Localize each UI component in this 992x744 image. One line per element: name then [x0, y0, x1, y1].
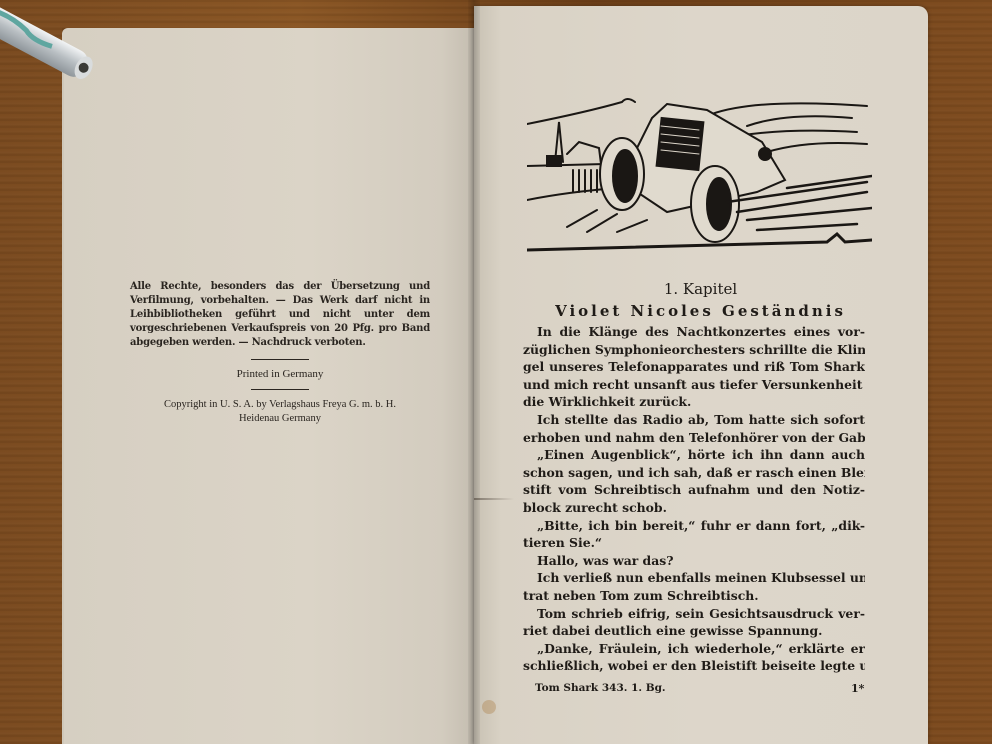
- text-line: „Bitte, ich bin bereit,“ fuhr er dann fo…: [523, 517, 865, 535]
- paper-stain: [482, 700, 496, 714]
- text-line: gel unseres Telefonapparates und riß Tom…: [523, 358, 865, 376]
- text-line: erhoben und nahm den Telefonhörer von de…: [523, 429, 865, 447]
- chapter-body-text: In die Klänge des Nachtkonzertes eines v…: [523, 323, 865, 675]
- copyright-line-2: Heidenau Germany: [130, 412, 430, 426]
- imprint-block: Alle Rechte, besonders das der Übersetzu…: [130, 280, 430, 426]
- text-line: Ich verließ nun ebenfalls meinen Klubses…: [523, 569, 865, 587]
- racing-car-illustration: [527, 92, 872, 254]
- text-line: züglichen Symphonieorchesters schrillte …: [523, 341, 865, 359]
- book-gutter: [468, 0, 480, 744]
- chapter-number: 1. Kapitel: [528, 280, 873, 298]
- chapter-title: Violet Nicoles Geständnis: [528, 302, 873, 320]
- sheet-mark: 1*: [851, 682, 864, 695]
- text-line: In die Klänge des Nachtkonzertes eines v…: [523, 323, 865, 341]
- text-line: Ich stellte das Radio ab, Tom hatte sich…: [523, 411, 865, 429]
- text-line: „Einen Augenblick“, hörte ich ihn dann a…: [523, 446, 865, 464]
- text-line: die Wirklichkeit zurück.: [523, 393, 865, 411]
- text-line: schließlich, wobei er den Bleistift beis…: [523, 657, 865, 675]
- page-tear: [474, 498, 514, 500]
- text-line: trat neben Tom zum Schreibtisch.: [523, 587, 865, 605]
- printed-in-germany: Printed in Germany: [130, 368, 430, 380]
- text-line: block zurecht schob.: [523, 499, 865, 517]
- text-line: tieren Sie.“: [523, 534, 865, 552]
- text-line: riet dabei deutlich eine gewisse Spannun…: [523, 622, 865, 640]
- text-line: Tom schrieb eifrig, sein Gesichtsausdruc…: [523, 605, 865, 623]
- copyright-line-1: Copyright in U. S. A. by Verlagshaus Fre…: [130, 398, 430, 412]
- signature-footer: Tom Shark 343. 1. Bg.: [535, 682, 666, 694]
- text-line: „Danke, Fräulein, ich wiederhole,“ erklä…: [523, 640, 865, 658]
- text-line: Hallo, was war das?: [523, 552, 865, 570]
- divider: [251, 389, 309, 390]
- divider: [251, 359, 309, 360]
- chapter-header: 1. Kapitel Violet Nicoles Geständnis: [528, 280, 873, 320]
- rights-notice: Alle Rechte, besonders das der Übersetzu…: [130, 280, 430, 350]
- text-line: und mich recht unsanft aus tiefer Versun…: [523, 376, 865, 394]
- text-line: schon sagen, und ich sah, daß er rasch e…: [523, 464, 865, 482]
- text-line: stift vom Schreibtisch aufnahm und den N…: [523, 481, 865, 499]
